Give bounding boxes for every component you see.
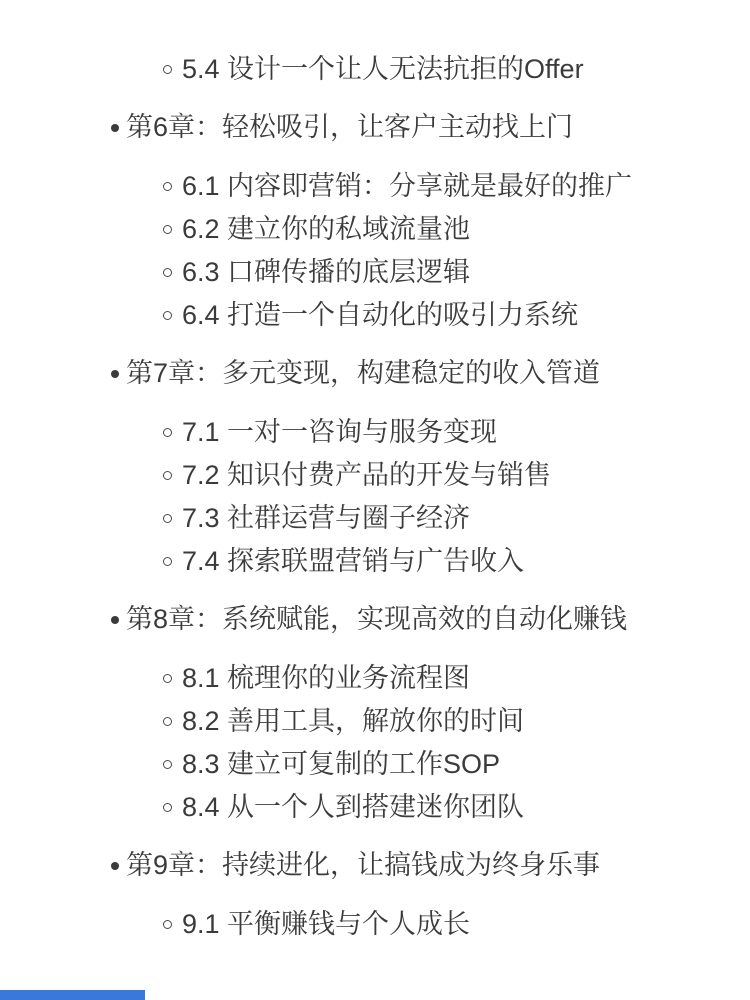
toc-sub-item: 6.3 口碑传播的底层逻辑 (0, 251, 750, 294)
circle-bullet-icon (163, 514, 172, 523)
disc-bullet-icon (111, 862, 119, 870)
toc-sub-item: 8.4 从一个人到搭建迷你团队 (0, 786, 750, 829)
toc-item-label: 7.4 探索联盟营销与广告收入 (182, 540, 524, 583)
circle-bullet-icon (163, 65, 172, 74)
toc-sub-item: 8.1 梳理你的业务流程图 (0, 657, 750, 700)
circle-bullet-icon (163, 803, 172, 812)
toc-chapter-label: 第6章：轻松吸引，让客户主动找上门 (126, 106, 573, 149)
document-page: 5.4 设计一个让人无法抗拒的Offer 第6章：轻松吸引，让客户主动找上门 6… (0, 0, 750, 1000)
toc-sub-item: 6.2 建立你的私域流量池 (0, 208, 750, 251)
circle-bullet-icon (163, 920, 172, 929)
circle-bullet-icon (163, 557, 172, 566)
toc-item-label: 9.1 平衡赚钱与个人成长 (182, 903, 470, 946)
circle-bullet-icon (163, 428, 172, 437)
toc-sub-item: 7.3 社群运营与圈子经济 (0, 497, 750, 540)
toc-sub-item: 7.1 一对一咨询与服务变现 (0, 411, 750, 454)
toc-sub-item: 8.3 建立可复制的工作SOP (0, 743, 750, 786)
toc-item-label: 6.2 建立你的私域流量池 (182, 208, 470, 251)
toc-sub-item: 8.2 善用工具，解放你的时间 (0, 700, 750, 743)
toc-item-label: 8.2 善用工具，解放你的时间 (182, 700, 524, 743)
toc-sub-item: 7.2 知识付费产品的开发与销售 (0, 454, 750, 497)
circle-bullet-icon (163, 225, 172, 234)
toc-item-label: 7.2 知识付费产品的开发与销售 (182, 454, 551, 497)
toc-item-label: 5.4 设计一个让人无法抗拒的Offer (182, 48, 584, 91)
toc-sub-item: 5.4 设计一个让人无法抗拒的Offer (0, 48, 750, 91)
circle-bullet-icon (163, 717, 172, 726)
disc-bullet-icon (111, 124, 119, 132)
toc-sub-item: 7.4 探索联盟营销与广告收入 (0, 540, 750, 583)
circle-bullet-icon (163, 182, 172, 191)
toc-item-label: 6.3 口碑传播的底层逻辑 (182, 251, 470, 294)
toc-item-label: 8.1 梳理你的业务流程图 (182, 657, 470, 700)
loading-progress-bar (0, 990, 145, 1000)
toc-item-label: 8.3 建立可复制的工作SOP (182, 743, 500, 786)
circle-bullet-icon (163, 268, 172, 277)
disc-bullet-icon (111, 616, 119, 624)
toc-item-label: 8.4 从一个人到搭建迷你团队 (182, 786, 524, 829)
toc-item-label: 7.1 一对一咨询与服务变现 (182, 411, 497, 454)
toc-chapter-label: 第9章：持续进化，让搞钱成为终身乐事 (126, 844, 600, 887)
toc-sub-item: 6.1 内容即营销：分享就是最好的推广 (0, 165, 750, 208)
toc-item-label: 6.1 内容即营销：分享就是最好的推广 (182, 165, 632, 208)
toc-chapter-item: 第6章：轻松吸引，让客户主动找上门 (0, 106, 750, 149)
toc-chapter-label: 第7章：多元变现，构建稳定的收入管道 (126, 352, 600, 395)
toc-chapter-item: 第7章：多元变现，构建稳定的收入管道 (0, 352, 750, 395)
toc-chapter-label: 第8章：系统赋能，实现高效的自动化赚钱 (126, 598, 627, 641)
toc-sub-item: 6.4 打造一个自动化的吸引力系统 (0, 294, 750, 337)
toc-item-label: 6.4 打造一个自动化的吸引力系统 (182, 294, 578, 337)
toc-chapter-item: 第9章：持续进化，让搞钱成为终身乐事 (0, 844, 750, 887)
circle-bullet-icon (163, 674, 172, 683)
circle-bullet-icon (163, 311, 172, 320)
toc-item-label: 7.3 社群运营与圈子经济 (182, 497, 470, 540)
disc-bullet-icon (111, 370, 119, 378)
toc-sub-item: 9.1 平衡赚钱与个人成长 (0, 903, 750, 946)
toc-chapter-item: 第8章：系统赋能，实现高效的自动化赚钱 (0, 598, 750, 641)
circle-bullet-icon (163, 760, 172, 769)
circle-bullet-icon (163, 471, 172, 480)
